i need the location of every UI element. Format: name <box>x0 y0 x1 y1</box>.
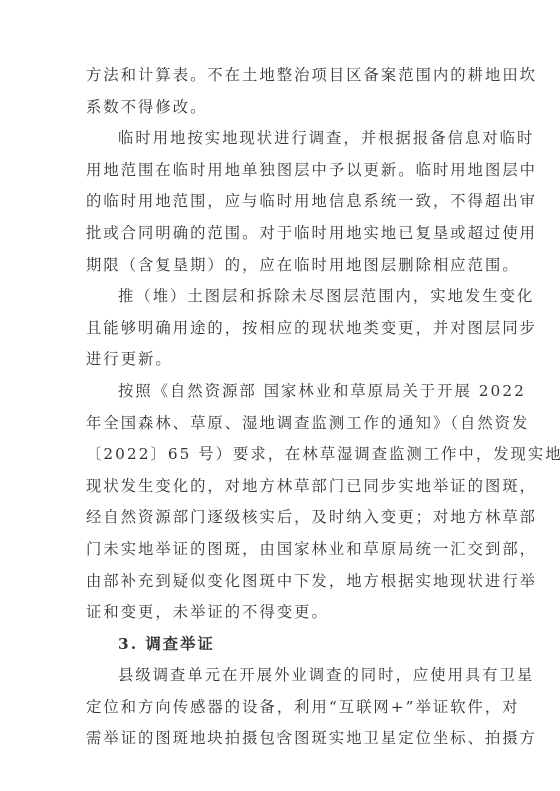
text-line: 门未实地举证的图斑，由国家林业和草原局统一汇交到部， <box>86 534 478 566</box>
text-line: 批或合同明确的范围。对于临时用地实地已复垦或超过使用 <box>86 218 478 250</box>
text-line: 现状发生变化的，对地方林草部门已同步实地举证的图斑， <box>86 471 478 503</box>
text-line: 期限（含复垦期）的，应在临时用地图层删除相应范围。 <box>86 250 478 282</box>
text-line: 定位和方向传感器的设备，利用“互联网+”举证软件，对 <box>86 692 478 724</box>
text-line: 经自然资源部门逐级核实后，及时纳入变更；对地方林草部 <box>86 502 478 534</box>
text-line: 年全国森林、草原、湿地调查监测工作的通知》（自然资发 <box>86 408 478 440</box>
text-line: 证和变更，未举证的不得变更。 <box>86 597 478 629</box>
text-line: 且能够明确用途的，按相应的现状地类变更，并对图层同步 <box>86 313 478 345</box>
document-page: 方法和计算表。不在土地整治项目区备案范围内的耕地田坎 系数不得修改。 临时用地按… <box>0 0 560 791</box>
text-line: 系数不得修改。 <box>86 92 478 124</box>
section-heading: 3. 调查举证 <box>86 629 478 661</box>
text-line: 〔2022〕65 号）要求，在林草湿调查监测工作中，发现实地 <box>86 439 478 471</box>
text-line: 由部补充到疑似变化图斑中下发，地方根据实地现状进行举 <box>86 566 478 598</box>
text-line: 进行更新。 <box>86 344 478 376</box>
text-line: 用地范围在临时用地单独图层中予以更新。临时用地图层中 <box>86 155 478 187</box>
paragraph-start-line: 临时用地按实地现状进行调查，并根据报备信息对临时 <box>86 123 478 155</box>
text-line: 的临时用地范围，应与临时用地信息系统一致，不得超出审 <box>86 186 478 218</box>
body-text: 方法和计算表。不在土地整治项目区备案范围内的耕地田坎 系数不得修改。 临时用地按… <box>86 60 478 755</box>
paragraph-start-line: 按照《自然资源部 国家林业和草原局关于开展 2022 <box>86 376 478 408</box>
text-line: 方法和计算表。不在土地整治项目区备案范围内的耕地田坎 <box>86 60 478 92</box>
paragraph-start-line: 推（堆）土图层和拆除未尽图层范围内，实地发生变化 <box>86 281 478 313</box>
page-number: 15 <box>0 731 560 740</box>
paragraph-start-line: 县级调查单元在开展外业调查的同时，应使用具有卫星 <box>86 660 478 692</box>
